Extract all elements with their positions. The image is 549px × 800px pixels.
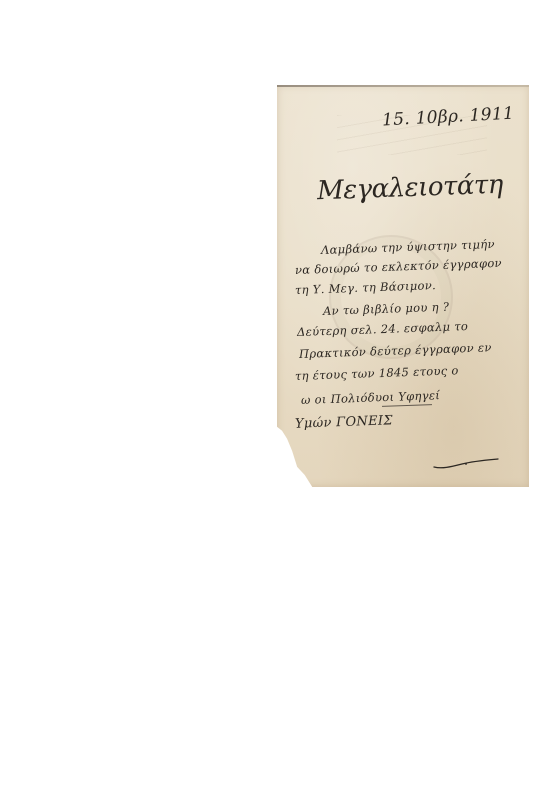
year-underline — [382, 404, 432, 407]
letter-closing: Υμών ΓΟΝΕΙΣ — [295, 413, 393, 431]
page-top-edge — [277, 85, 529, 87]
letter-date: 15. 10βρ. 1911 — [382, 104, 515, 131]
letter-salutation: Μεγαλειοτάτη — [317, 170, 504, 206]
signature-flourish — [432, 457, 512, 469]
document-viewer: 15. 10βρ. 1911 Μεγαλειοτάτη Λαμβάνω την … — [0, 0, 549, 800]
body-line: Δεύτερη σελ. 24. εσφαλμ το — [297, 319, 469, 339]
letter-page: 15. 10βρ. 1911 Μεγαλειοτάτη Λαμβάνω την … — [277, 85, 529, 487]
body-line: τη έτους των 1845 ετους ο — [295, 363, 459, 383]
